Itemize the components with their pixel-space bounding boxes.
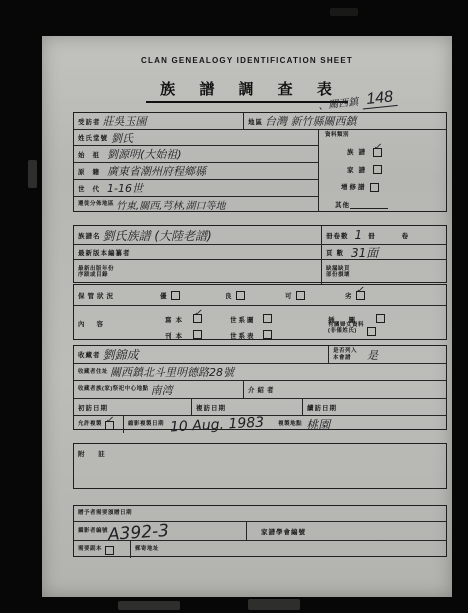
- surname-value: 劉氏: [111, 130, 133, 146]
- photographer-cell: 攝影者編號 A392-3: [74, 522, 246, 540]
- origin-label: 原籍: [74, 167, 107, 176]
- condition-label: 保管狀況: [74, 291, 116, 300]
- row-donor-date: 贈予者需要頒贈日期: [74, 506, 446, 522]
- contents-table: 世系表: [226, 325, 271, 343]
- printed-checkbox: [193, 330, 201, 338]
- category-other-label: 其他: [331, 200, 350, 209]
- row-filming: 允許複製 ✓ 縮影複製日期 10 Aug. 1983 複製地點 桃園: [74, 416, 446, 433]
- poor-checkmark: ✓: [356, 285, 364, 296]
- fair-checkbox: [296, 291, 304, 299]
- copy-request-checkbox: [105, 546, 113, 554]
- row-surname: 姓氏堂號 劉氏: [74, 130, 318, 146]
- row-worship-center: 收藏者族(家)祭祀中心地點 南湾 介紹者: [74, 381, 446, 399]
- contents-women: 有關婦女資料 (非僅姓氏): [324, 321, 375, 335]
- other-blank-line: [350, 201, 388, 209]
- pages-label: 頁數: [322, 248, 347, 257]
- row-origin: 原籍 廣東省潮州府程鄉縣: [74, 163, 318, 180]
- film-place-value: 桃園: [306, 416, 330, 433]
- row-condition: 保管狀況 優 良 可 劣 ✓: [74, 285, 446, 306]
- contents-label: 內容: [74, 319, 115, 328]
- film-date-value: 10 Aug. 1983: [170, 414, 265, 435]
- book-title-label: 族譜名: [74, 231, 101, 240]
- society-number-label: 家譜學會編號: [257, 527, 306, 536]
- pages-cell: 頁數 31面: [322, 245, 446, 259]
- category-jiapu: 家譜: [343, 165, 444, 174]
- volumes-unit1: 冊: [368, 231, 376, 240]
- book-title-cell: 族譜名 劉氏族譜 (大陸老譜): [74, 226, 321, 244]
- editor-cell: 最新版本編纂者: [74, 245, 321, 259]
- identity-left-rows: 姓氏堂號 劉氏 始祖 劉源明(大始祖) 原籍 廣東省潮州府程鄉縣 世代 1-16…: [74, 130, 318, 212]
- row-holder-address: 收藏者住址 關西鎮北斗里明德路28號: [74, 364, 446, 381]
- volumes-value: 1: [355, 228, 363, 242]
- category-label: 資料類別: [321, 132, 444, 139]
- interviewee-value: 莊吳玉園: [103, 113, 147, 129]
- followup-visit-label: 續訪日期: [303, 403, 337, 412]
- category-zupu-label: 族譜: [343, 147, 370, 156]
- identity-lower-block: 姓氏堂號 劉氏 始祖 劉源明(大始祖) 原籍 廣東省潮州府程鄉縣 世代 1-16…: [74, 130, 446, 212]
- film-date-cell: 縮影複製日期 10 Aug. 1983 複製地點 桃園: [124, 416, 446, 433]
- condition-good-label: 良: [221, 291, 233, 300]
- material-category-column: 資料類別 族譜 ✓ 家譜 增修譜 其他: [319, 130, 446, 212]
- copy-request-label: 需要副本: [74, 546, 102, 553]
- contents-printed: 刊本: [161, 325, 201, 343]
- listed-value: 是: [367, 347, 378, 363]
- missing-cell: 缺漏缺頁 部份損壞: [322, 260, 446, 284]
- scanned-form-page: CLAN GENEALOGY IDENTIFICATION SHEET 族 譜 …: [42, 36, 452, 597]
- condition-poor-label: 劣: [341, 291, 353, 300]
- condition-good: 良: [221, 291, 244, 300]
- editor-label: 最新版本編纂者: [74, 248, 131, 257]
- preface-label: 序跋或目錄: [74, 272, 108, 279]
- permission-checkbox: ✓: [105, 421, 113, 429]
- illustration-checkbox: [376, 314, 384, 322]
- good-checkbox: [236, 291, 244, 299]
- film-smudge-left: [28, 160, 37, 188]
- copy-request-cell: 需要副本: [74, 541, 130, 558]
- founder-value: 劉源明(大始祖): [107, 146, 182, 162]
- zupu-checkbox: ✓: [373, 148, 381, 156]
- holder-address-label: 收藏者住址: [74, 369, 108, 376]
- row-interviewee: 受訪者 莊吳玉園 地區 台灣 新竹縣關西鎮: [74, 113, 446, 130]
- row-photographer: 攝影者編號 A392-3 家譜學會編號: [74, 522, 446, 541]
- category-zengxiu: 增修譜: [337, 182, 444, 191]
- category-jiapu-label: 家譜: [343, 165, 370, 174]
- condition-fair: 可: [281, 291, 304, 300]
- holder-table: 收藏者 劉錦成 是否列入 本會譜 是 收藏者住址 關西鎮北斗里明德路28號 收藏…: [73, 345, 447, 430]
- table-label: 世系表: [226, 333, 256, 340]
- women-checkbox: [367, 327, 375, 335]
- women-label-line2: (非僅姓氏): [324, 328, 364, 335]
- film-date-label: 縮影複製日期: [124, 421, 164, 428]
- manuscript-label: 寫本: [161, 317, 186, 324]
- origin-value: 廣東省潮州府程鄉縣: [107, 163, 206, 179]
- category-zupu: 族譜 ✓: [343, 147, 444, 156]
- permission-cell: 允許複製 ✓: [74, 416, 123, 433]
- second-visit-label: 複訪日期: [192, 403, 226, 412]
- first-visit-cell: 初訪日期: [74, 399, 191, 415]
- table-checkbox: [263, 330, 271, 338]
- holder-value: 劉錦成: [103, 346, 139, 363]
- row-contents: 內容 寫本 ✓ 刊本 世系圖 世系表 插圖: [74, 306, 446, 340]
- jiapu-checkbox: [373, 165, 381, 173]
- second-visit-cell: 複訪日期: [192, 399, 302, 415]
- row-visit-dates: 初訪日期 複訪日期 續訪日期: [74, 399, 446, 416]
- photographer-label: 攝影者編號: [74, 528, 108, 535]
- introducer-label: 介紹者: [244, 385, 277, 394]
- row-generations: 世代 1-16世: [74, 180, 318, 197]
- condition-fair-label: 可: [281, 291, 293, 300]
- zupu-checkmark: ✓: [373, 142, 381, 153]
- condition-excellent: 優: [156, 291, 179, 300]
- identity-table: 受訪者 莊吳玉園 地區 台灣 新竹縣關西鎮 姓氏堂號 劉氏 始祖 劉源明(大始祖…: [73, 112, 447, 212]
- volumes-label: 冊卷數: [322, 231, 349, 240]
- film-smudge-bottom-1: [118, 601, 180, 610]
- book-detail-table: 族譜名 劉氏族譜 (大陸老譜) 冊卷數 1 冊 卷 最新版本編纂者 頁數 31面: [73, 225, 447, 283]
- first-visit-label: 初訪日期: [74, 403, 108, 412]
- form-english-title: CLAN GENEALOGY IDENTIFICATION SHEET: [42, 56, 452, 65]
- row-editor: 最新版本編纂者 頁數 31面: [74, 245, 446, 260]
- generations-label: 世代: [74, 184, 107, 193]
- permission-label: 允許複製: [74, 421, 102, 428]
- distribution-value: 竹東,關西,芎林,湖口等地: [116, 197, 226, 212]
- row-distribution: 遷徙分佈地區 竹東,關西,芎林,湖口等地: [74, 197, 318, 212]
- film-smudge-bottom-2: [248, 599, 300, 610]
- notes-table: 附 註: [73, 443, 447, 489]
- pubyear-cell: 最新出版年份 序跋或目錄: [74, 260, 321, 284]
- society-number-cell: 家譜學會編號: [247, 522, 446, 540]
- area-cell: 地區 台灣 新竹縣關西鎮: [244, 113, 446, 129]
- chart-checkbox: [263, 314, 271, 322]
- book-title-value: 劉氏族譜 (大陸老譜): [103, 227, 212, 244]
- holder-label: 收藏者: [74, 350, 101, 359]
- condition-excellent-label: 優: [156, 291, 168, 300]
- manuscript-checkmark: ✓: [193, 308, 201, 319]
- zengxiu-checkbox: [370, 183, 378, 191]
- interviewee-cell: 受訪者 莊吳玉園: [74, 113, 243, 129]
- row-holder: 收藏者 劉錦成 是否列入 本會譜 是: [74, 346, 446, 364]
- printed-label: 刊本: [161, 333, 186, 340]
- pages-value: 31面: [351, 244, 378, 261]
- row-founder: 始祖 劉源明(大始祖): [74, 146, 318, 163]
- introducer-cell: 介紹者: [244, 381, 446, 398]
- poor-checkbox: ✓: [356, 291, 364, 299]
- admin-table: 贈予者需要頒贈日期 攝影者編號 A392-3 家譜學會編號 需要副本 郵寄地址: [73, 505, 447, 557]
- damage-label: 部份損壞: [322, 272, 350, 279]
- worship-center-label: 收藏者族(家)祭祀中心地點: [74, 386, 149, 393]
- volumes-unit2: 卷: [402, 231, 410, 240]
- area-value: 台灣 新竹縣關西鎮: [265, 113, 357, 129]
- area-label: 地區: [244, 117, 263, 126]
- permission-checkmark: ✓: [105, 415, 113, 426]
- notes-row: 附 註: [74, 444, 446, 488]
- annotation-number: 148: [361, 88, 397, 110]
- donor-date-label: 贈予者需要頒贈日期: [74, 510, 132, 517]
- surname-label: 姓氏堂號: [74, 133, 108, 142]
- row-copy-request: 需要副本 郵寄地址: [74, 541, 446, 558]
- annotation-place: 、關西鎮: [318, 97, 359, 112]
- category-zengxiu-label: 增修譜: [337, 182, 367, 191]
- holder-address-value: 關西鎮北斗里明德路28號: [110, 364, 234, 380]
- mailing-address-label: 郵寄地址: [131, 546, 159, 553]
- listed-cell: 是否列入 本會譜 是: [329, 346, 446, 363]
- row-pubyear: 最新出版年份 序跋或目錄 缺漏缺頁 部份損壞: [74, 260, 446, 284]
- film-place-label: 複製地點: [274, 421, 302, 428]
- chart-label: 世系圖: [226, 317, 256, 324]
- condition-table: 保管狀況 優 良 可 劣 ✓ 內容 寫本 ✓: [73, 284, 447, 340]
- founder-label: 始祖: [74, 150, 107, 159]
- notes-label: 附 註: [74, 449, 111, 458]
- category-other: 其他: [331, 200, 444, 209]
- worship-center-cell: 收藏者族(家)祭祀中心地點 南湾: [74, 381, 243, 398]
- film-smudge-top: [330, 8, 358, 16]
- manuscript-checkbox: ✓: [193, 314, 201, 322]
- worship-center-value: 南湾: [151, 382, 173, 398]
- listed-label-line2: 本會譜: [329, 355, 357, 362]
- interviewee-label: 受訪者: [74, 117, 101, 126]
- holder-cell: 收藏者 劉錦成: [74, 346, 328, 363]
- condition-poor: 劣 ✓: [341, 291, 364, 300]
- mailing-address-cell: 郵寄地址: [131, 541, 446, 558]
- excellent-checkbox: [171, 291, 179, 299]
- followup-visit-cell: 續訪日期: [303, 399, 446, 415]
- distribution-label: 遷徙分佈地區: [74, 201, 114, 208]
- generations-value: 1-16世: [107, 180, 143, 196]
- row-book-title: 族譜名 劉氏族譜 (大陸老譜) 冊卷數 1 冊 卷: [74, 226, 446, 245]
- volumes-cell: 冊卷數 1 冊 卷: [322, 226, 446, 244]
